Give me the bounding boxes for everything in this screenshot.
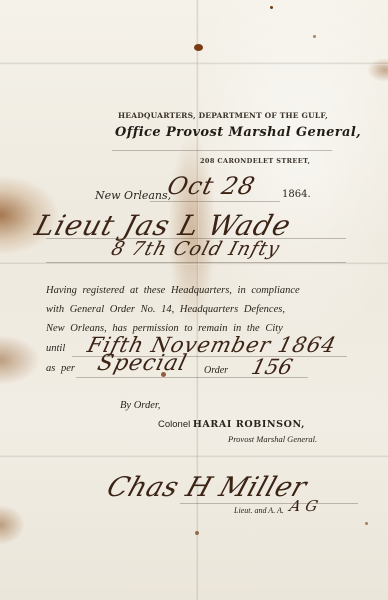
- header-office-title: Office Provost Marshal General,: [115, 125, 361, 140]
- rust-spot: [270, 6, 273, 9]
- signature-title-handwritten: A G: [288, 497, 320, 515]
- header-address: 208 CARONDELET STREET,: [200, 157, 310, 165]
- order-label: Order: [204, 365, 228, 376]
- header-headquarters: HEADQUARTERS, DEPARTMENT OF THE GULF,: [118, 111, 328, 120]
- fold-crease: [196, 0, 199, 600]
- order-rule: [76, 377, 308, 378]
- body-line-1: Having registered at these Headquarters,…: [46, 285, 300, 296]
- fold-crease: [0, 62, 388, 65]
- colonel-signature-block: Colonel HARAI ROBINSON,: [158, 419, 305, 430]
- colonel-name: HARAI ROBINSON,: [193, 419, 305, 430]
- order-number-handwritten: 156: [249, 355, 295, 379]
- recipient-unit-handwritten: 8 7th Cold Infty: [109, 238, 283, 260]
- rust-spot: [195, 531, 199, 535]
- rust-spot: [365, 522, 368, 525]
- signature-title: Lieut. and A. A.: [234, 506, 284, 515]
- colonel-title: Colonel: [158, 419, 190, 430]
- body-as-per-label: as per: [46, 363, 75, 374]
- document-page: HEADQUARTERS, DEPARTMENT OF THE GULF, Of…: [0, 0, 388, 600]
- rust-spot: [194, 44, 203, 51]
- header-rule: [112, 150, 332, 151]
- unit-rule: [46, 262, 346, 263]
- signature-rule: [180, 503, 358, 504]
- date-rule: [150, 201, 280, 202]
- body-until-label: until: [46, 343, 65, 354]
- colonel-role: Provost Marshal General.: [228, 434, 317, 444]
- fold-crease: [0, 455, 388, 458]
- signature-handwritten: Chas H Miller: [103, 472, 311, 503]
- body-line-2: with General Order No. 14, Headquarters …: [46, 304, 285, 315]
- rust-spot: [313, 35, 316, 38]
- dateline-date-handwritten: Oct 28: [165, 172, 259, 200]
- dateline-year: 1864.: [282, 189, 311, 200]
- order-type-handwritten: Special: [95, 351, 190, 376]
- by-order: By Order,: [120, 400, 160, 411]
